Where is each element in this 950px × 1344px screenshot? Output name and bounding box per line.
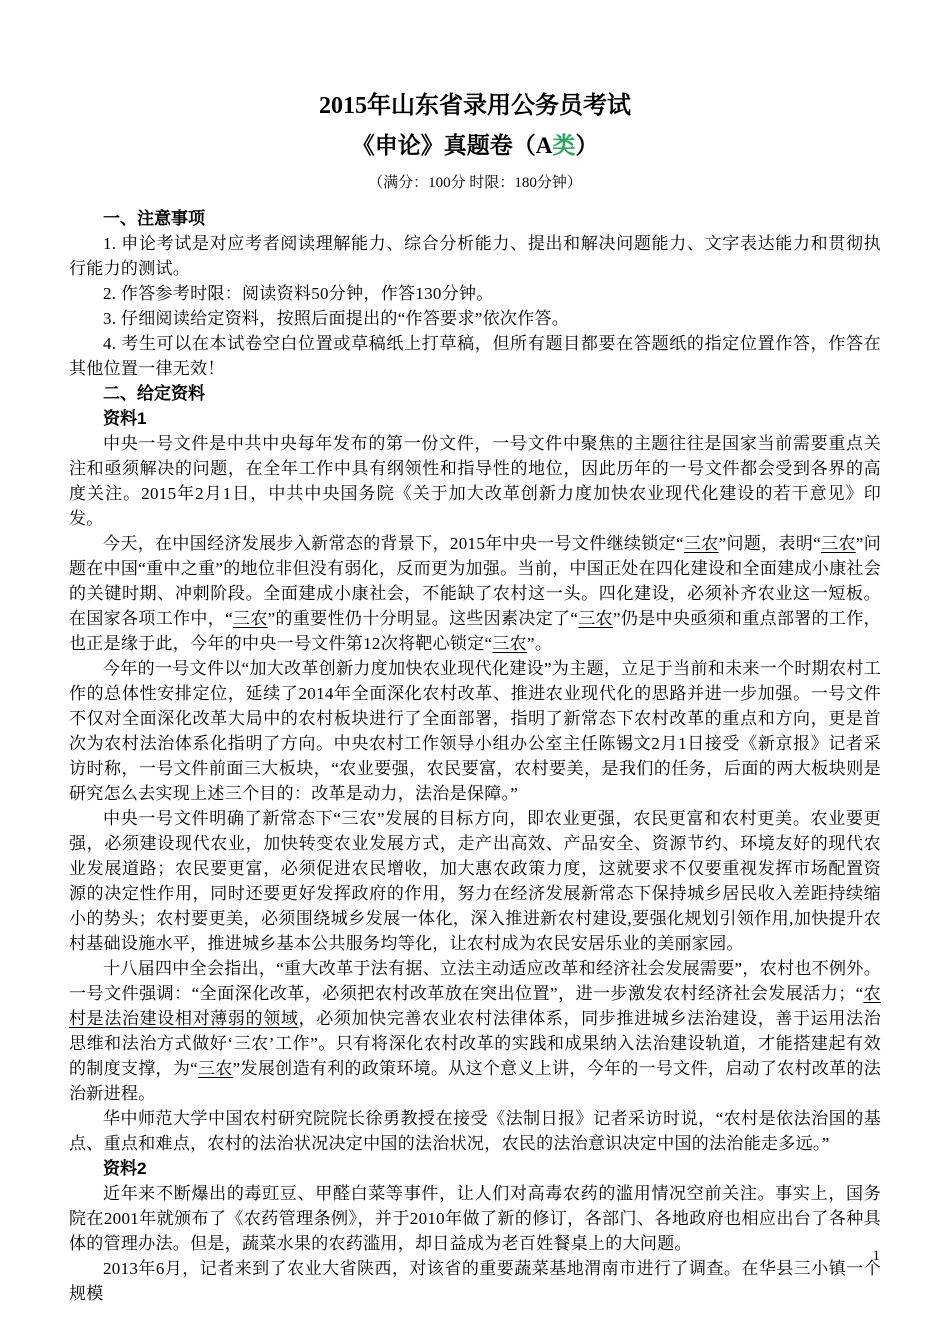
subtitle-pre: 《申论》真题卷（A: [352, 133, 553, 158]
subtitle-post: ）: [575, 133, 598, 158]
material-2-paragraph: 2013年6月，记者来到了农业大省陕西，对该省的重要蔬菜基地渭南市进行了调查。在…: [69, 1256, 881, 1306]
section-heading-notice: 一、注意事项: [69, 206, 881, 231]
material-2-paragraph: 近年来不断爆出的毒豇豆、甲醛白菜等事件，让人们对高毒农药的滥用情况空前关注。事实…: [69, 1181, 881, 1256]
material-1-paragraph: 中央一号文件是中共中央每年发布的第一份文件，一号文件中聚焦的主题往往是国家当前需…: [69, 431, 881, 531]
notice-item-1: 1. 申论考试是对应考者阅读理解能力、综合分析能力、提出和解决问题能力、文字表达…: [69, 231, 881, 281]
material-1-paragraph: 华中师范大学中国农村研究院院长徐勇教授在接受《法制日报》记者采访时说，“农村是依…: [69, 1106, 881, 1156]
material-1-paragraph: 今年的一号文件以“加大改革创新力度加快农业现代化建设”为主题，立足于当前和未来一…: [69, 656, 881, 806]
material-1-paragraph: 今天，在中国经济发展步入新常态的背景下，2015年中央一号文件继续锁定“三农”问…: [69, 531, 881, 656]
notice-item-4: 4. 考生可以在本试卷空白位置或草稿纸上打草稿，但所有题目都要在答题纸的指定位置…: [69, 331, 881, 381]
notice-item-2: 2. 作答参考时限：阅读资料50分钟，作答130分钟。: [69, 281, 881, 306]
page-number: 1: [873, 1246, 881, 1266]
page-title: 2015年山东省录用公务员考试: [69, 86, 881, 126]
notice-item-3: 3. 仔细阅读给定资料，按照后面提出的“作答要求”依次作答。: [69, 306, 881, 331]
material-1-paragraph: 十八届四中全会指出，“重大改革于法有据、立法主动适应改革和经济社会发展需要”，农…: [69, 956, 881, 1106]
material-1-heading: 资料1: [69, 406, 881, 431]
page-subtitle: 《申论》真题卷（A类）: [69, 126, 881, 166]
exam-meta-line: （满分：100分 时限：180分钟）: [69, 166, 881, 200]
section-heading-materials: 二、给定资料: [69, 381, 881, 406]
material-1-paragraph: 中央一号文件明确了新常态下“三农”发展的目标方向，即农业更强，农民更富和农村更美…: [69, 806, 881, 956]
material-2-heading: 资料2: [69, 1156, 881, 1181]
subtitle-class-letter: 类: [552, 133, 575, 158]
document-page: 2015年山东省录用公务员考试 《申论》真题卷（A类） （满分：100分 时限：…: [0, 0, 950, 1344]
